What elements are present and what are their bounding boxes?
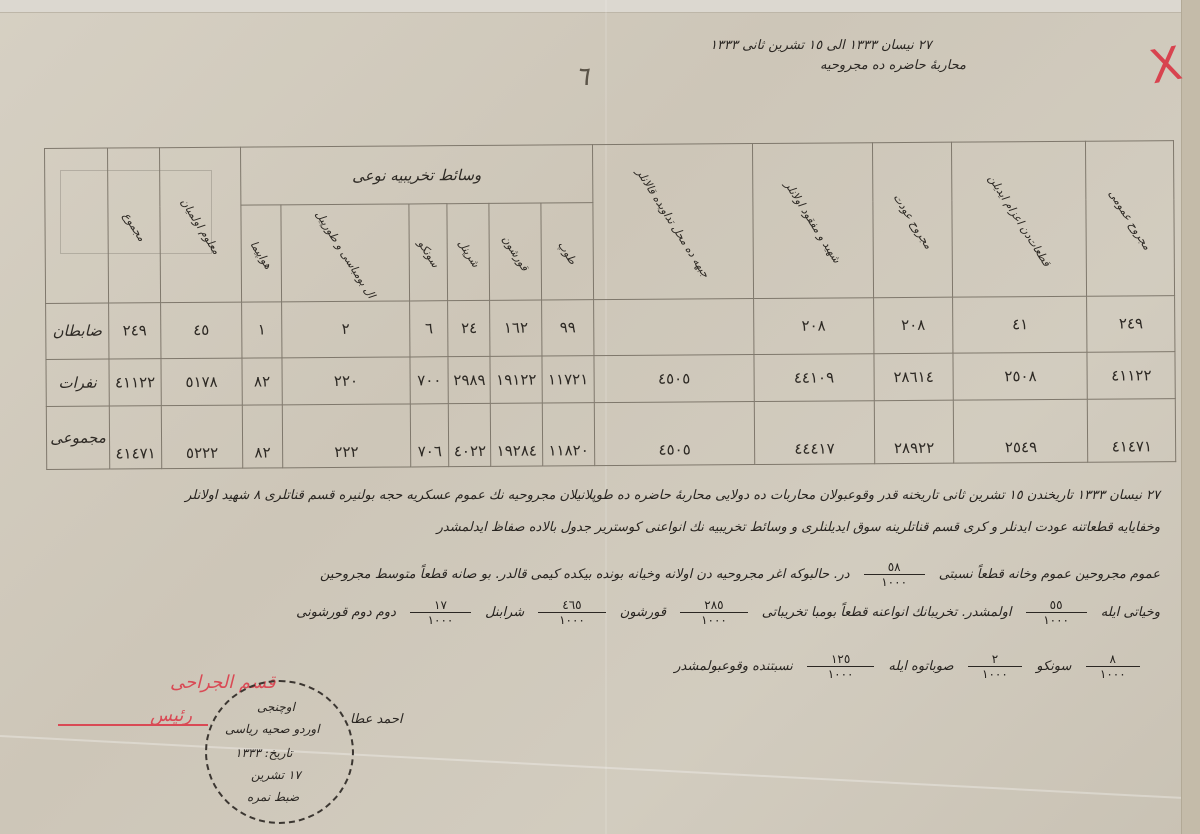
text-segment: عموم مجروحین عموم وخانه قطعاً نسبتی [939, 567, 1160, 582]
column-header: سونکو [409, 204, 448, 301]
text-segment: اولمشدر. تخریبانك انواعنه قطعاً بومبا تخ… [762, 605, 1012, 620]
column-header: معلوم اولمیان [159, 147, 241, 303]
fraction-numerator: ٨ [1086, 652, 1140, 667]
signer-name: احمد عطا [350, 712, 403, 727]
table-cell: ٤٥٠٥ [594, 401, 755, 466]
table-cell: ٢٨٩٢٢ [874, 400, 954, 464]
table-cell: ٤١٤٧١ [1088, 398, 1176, 462]
text-segment: در. حالبوکه اغر مجروحیه دن اولانه وخیانه… [320, 567, 850, 582]
group-header: وسائط تخریبیه نوعی [241, 145, 593, 206]
red-signature: رئیس [150, 705, 192, 726]
table-cell: ٧٠٠ [410, 356, 449, 403]
fraction-denominator: ١٠٠٠ [1086, 667, 1140, 681]
date-range-header: ٢٧ نیسان ١٣٣٣ الی ١٥ تشرین ثانی ١٣٣٣ [710, 38, 932, 53]
red-cross-mark-icon: X [1146, 36, 1186, 95]
table-cell: ٤٥ [160, 302, 242, 358]
paper-right-margin [1181, 0, 1200, 834]
table-cell: ٤١١٢٢ [1087, 351, 1175, 399]
row-label: مجموعی [46, 406, 109, 470]
table-cell: ٤٥٠٥ [594, 354, 754, 402]
table-cell: ٢٩٨٩ [448, 356, 490, 403]
table-cell: ١٩١٢٢ [490, 356, 542, 403]
text-segment: سونکو [1036, 659, 1071, 674]
table-cell: ١١٧٢١ [542, 355, 594, 402]
table-cell: ٢٠٨ [754, 298, 874, 354]
seal-line: اوردو صحیه ریاسی [225, 722, 320, 736]
column-header: ال بومباسی و طورپیل [281, 204, 410, 302]
table-cell: ١٦٢ [490, 300, 542, 356]
column-header: طوپ [541, 203, 594, 300]
table-total-row: مجموعی ٤١٤٧١ ٥٢٢٢ ٨٢ ٢٢٢ ٧٠٦ ٤٠٢٢ ١٩٢٨٤ … [46, 398, 1175, 469]
table-cell: ٢ [281, 301, 409, 357]
document-subject: محاربهٔ حاضره ده مجروحیه [820, 58, 966, 73]
table-cell: ٨٢ [242, 404, 282, 468]
table-cell: ٢٢٢ [282, 404, 411, 468]
paragraph-1: ٢٧ نیسان ١٣٣٣ تاریخندن ١٥ تشرین ثانی تار… [185, 488, 1160, 503]
fraction: ٢٨٥ ١٠٠٠ [680, 598, 747, 627]
fraction-denominator: ١٠٠٠ [864, 575, 925, 589]
fraction-numerator: ١٢٥ [807, 652, 874, 667]
paragraph-5: ٨ ١٠٠٠ سونکو ٢ ١٠٠٠ صوباتوه ایله ١٢٥ ١٠٠… [674, 652, 1150, 681]
fraction-denominator: ١٠٠٠ [410, 613, 471, 627]
table-cell: ٢٤٩ [1087, 296, 1175, 352]
fraction: ٥٥ ١٠٠٠ [1026, 598, 1087, 627]
table-cell: ٢٥٤٩ [954, 399, 1089, 463]
table-cell: ٢٤ [448, 301, 490, 356]
fraction-denominator: ١٠٠٠ [807, 667, 874, 681]
paragraph-4: وخیاتی ایله ٥٥ ١٠٠٠ اولمشدر. تخریبانك ان… [296, 598, 1160, 627]
fraction-denominator: ١٠٠٠ [968, 667, 1022, 681]
paragraph-3: عموم مجروحین عموم وخانه قطعاً نسبتی ٥٨ ١… [320, 560, 1160, 589]
fraction-denominator: ١٠٠٠ [680, 613, 747, 627]
table-cell: ٧٠٦ [410, 403, 449, 467]
fraction: ١٧ ١٠٠٠ [410, 598, 471, 627]
table-cell: ٤٤١٠٩ [754, 353, 874, 401]
fraction: ٢ ١٠٠٠ [968, 652, 1022, 681]
casualty-table: مجموع معلوم اولمیان وسائط تخریبیه نوعی ج… [44, 140, 1176, 470]
column-header: قطعات‌دن اعزام ایدیلن [952, 141, 1087, 297]
row-label: ضابطان [46, 303, 109, 359]
official-seal: اوچنجی اوردو صحیه ریاسی تاریخ: ١٣٣٣ ١٧ ت… [205, 680, 354, 824]
column-header: مجموع [108, 148, 161, 304]
fraction: ١٢٥ ١٠٠٠ [807, 652, 874, 681]
table-cell: ٥١٧٨ [161, 358, 243, 406]
fraction-numerator: ٥٥ [1026, 598, 1087, 613]
paragraph-2: وخفایایه قطعاتنه عودت ایدنلر و کری قسم ق… [437, 520, 1160, 535]
text-segment: شرابنل [485, 605, 524, 620]
column-header: شرپنل [447, 204, 489, 301]
column-header: قورشون [489, 203, 542, 300]
column-header: شهید و مفقود اولانلر [753, 143, 874, 299]
table-cell: ٢٨٦١٤ [874, 353, 954, 401]
row-label: نفرات [46, 359, 109, 406]
corner-cell [45, 148, 109, 304]
column-header: جبهه ده محل تداویده قالانلر [592, 144, 753, 300]
fraction-numerator: ٢٨٥ [680, 598, 747, 613]
table-row: نفرات ٤١١٢٢ ٥١٧٨ ٨٢ ٢٢٠ ٧٠٠ ٢٩٨٩ ١٩١٢٢ ١… [46, 351, 1175, 406]
table-row: ضابطان ٢٤٩ ٤٥ ١ ٢ ٦ ٢٤ ١٦٢ ٩٩ ٢٠٨ ٢٠٨ ٤١… [46, 296, 1175, 359]
table-cell: ٢٢٠ [282, 357, 410, 405]
fraction-denominator: ١٠٠٠ [1026, 613, 1087, 627]
column-header: مجروح عمومی [1086, 141, 1175, 297]
table-cell: ٤١ [953, 297, 1087, 353]
seal-line: ضبط نمره [247, 790, 299, 804]
fraction-numerator: ٥٨ [864, 560, 925, 575]
table-cell: ٢٤٩ [109, 303, 161, 359]
fraction-numerator: ١٧ [410, 598, 471, 613]
fraction-numerator: ٢ [968, 652, 1022, 667]
table-cell: ٢٠٨ [873, 298, 953, 354]
column-header: هواپیما [241, 205, 281, 302]
fraction: ٨ ١٠٠٠ [1086, 652, 1140, 681]
text-segment: صوباتوه ایله [888, 659, 953, 674]
seal-line: تاریخ: ١٣٣٣ [235, 746, 293, 760]
table-cell: ٤١٤٧١ [109, 405, 161, 469]
fraction: ٤٦٥ ١٠٠٠ [538, 598, 605, 627]
table-cell: ١١٨٢٠ [542, 402, 594, 466]
table-cell: ١ [242, 302, 282, 357]
table-cell [593, 299, 754, 355]
table-cell: ٥٢٢٢ [161, 405, 243, 469]
text-segment: قورشون [620, 605, 666, 620]
fraction-denominator: ١٠٠٠ [538, 613, 605, 627]
table-cell: ٦ [409, 301, 448, 356]
horizontal-fold-crease [0, 735, 1198, 800]
table-cell: ٤٤٤١٧ [754, 400, 874, 464]
paper-top-edge [0, 0, 1200, 13]
text-segment: وخیاتی ایله [1101, 605, 1160, 620]
fraction: ٥٨ ١٠٠٠ [864, 560, 925, 589]
table-cell: ١٩٢٨٤ [490, 403, 542, 467]
fraction-numerator: ٤٦٥ [538, 598, 605, 613]
text-segment: دوم دوم قورشونی [296, 605, 396, 620]
seal-line: ١٧ تشرین [251, 768, 301, 782]
table-cell: ٢٥٠٨ [953, 352, 1087, 400]
text-segment: نسبتنده وقوعبولمشدر [674, 659, 793, 674]
folio-mark: ٦ [575, 62, 589, 92]
table-cell: ٤٠٢٢ [449, 403, 491, 467]
table-header-row: مجموع معلوم اولمیان وسائط تخریبیه نوعی ج… [45, 141, 1174, 207]
seal-line: اوچنجی [257, 700, 295, 714]
table-cell: ٩٩ [542, 300, 594, 356]
table-cell: ٨٢ [242, 357, 282, 404]
table-cell: ٤١١٢٢ [109, 358, 161, 405]
column-header: مجروح عودت [872, 142, 953, 298]
